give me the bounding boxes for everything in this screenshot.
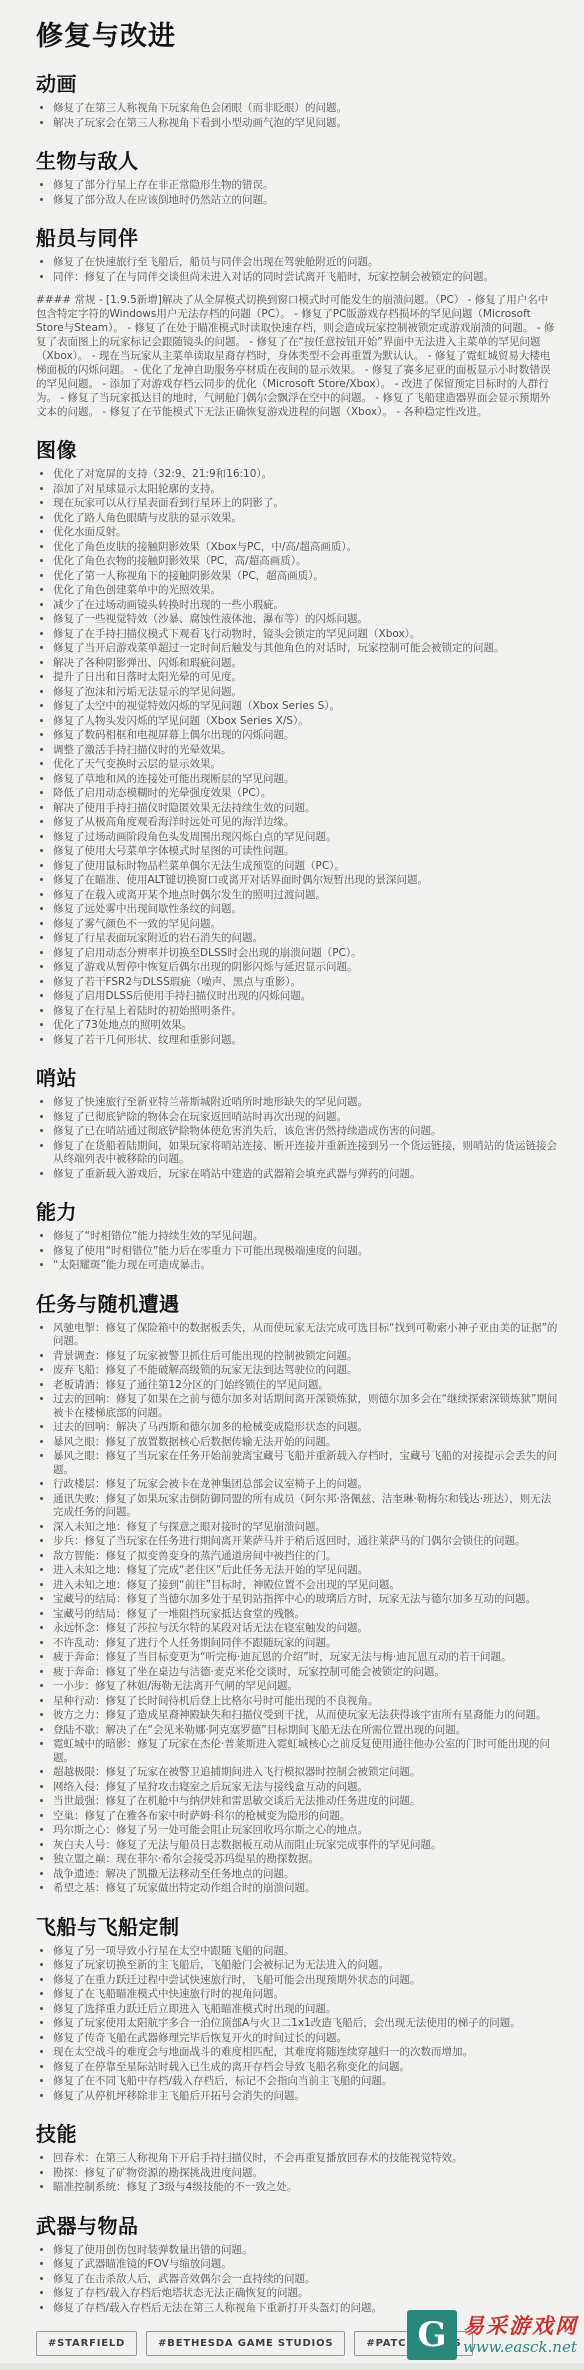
watermark: G 易采游戏网 www.easck.net <box>407 2310 578 2360</box>
bullet-item: 敌方智能：修复了拟变兽变身的蒸汽通道房间中被挡住的门。 <box>53 1550 558 1564</box>
bullet-item: 优化了路人角色眼睛与皮肤的显示效果。 <box>53 512 558 526</box>
bullet-item: 空巢：修复了在雅各布家中时萨姆·科尔的枪械变为隐形的问题。 <box>53 1810 558 1824</box>
bullet-item: 优化了天气变换时云层的显示效果。 <box>53 758 558 772</box>
bullet-item: 修复了重新载入游戏后，玩家在哨站中建造的武器箱会填充武器与弹药的问题。 <box>53 1168 558 1182</box>
hashtag-button[interactable]: #BETHESDA GAME STUDIOS <box>146 2331 345 2356</box>
watermark-logo-icon: G <box>407 2310 457 2360</box>
bullet-item: 独立盟之巅：现在菲尔·希尔会接受苏玛缇星的勘探数据。 <box>53 1853 558 1867</box>
bullet-list-crew-companions: 修复了在快速旅行至飞船后，船员与同伴会出现在驾驶舱附近的问题。同伴：修复了在与同… <box>36 256 558 284</box>
bullet-list-weapons-items: 修复了使用创伤包时装弹数量出错的问题。修复了武器瞄准镜的FOV与缩放问题。修复了… <box>36 2244 558 2316</box>
bullet-item: 修复了数码相框和电视屏幕上偶尔出现的闪烁问题。 <box>53 729 558 743</box>
section-title-graphics: 图像 <box>36 434 558 463</box>
section-title-quests-encounters: 任务与随机遭遇 <box>36 1288 558 1317</box>
bullet-item: 风驰电掣：修复了保险箱中的数据板丢失，从而使玩家无法完成可选目标“找到可勒索小神… <box>53 1322 558 1349</box>
bullet-item: 勘探：修复了矿物资源的勘探挑战进度问题。 <box>53 2167 558 2181</box>
bullet-item: 修复了在瞄准、使用ALT键切换窗口或离开对话界面时偶尔短暂出现的景深问题。 <box>53 874 558 888</box>
bottom-strip <box>0 2363 584 2370</box>
bullet-item: 修复了在载入或离开某个地点时偶尔发生的照明过渡问题。 <box>53 889 558 903</box>
bullet-item: 彼方之力：修复了造成星裔神殿缺失和扫描仪受到干扰，从而使玩家无法获得该宇宙所有星… <box>53 1709 558 1723</box>
bullet-item: 宝藏号的结局：修复了当德尔加多处于星钥站指挥中心的玻璃后方时，玩家无法与德尔加多… <box>53 1593 558 1607</box>
bullet-item: 现在太空战斗的难度会与地面战斗的难度相匹配，其难度将随连续穿越归一的次数而增加。 <box>53 2046 558 2060</box>
watermark-text: 易采游戏网 www.easck.net <box>463 2314 578 2356</box>
bullet-item: 步兵：修复了当玩家在任务进行期间离开莱萨马并于稍后返回时，通往莱萨马的门偶尔会锁… <box>53 1535 558 1549</box>
bullet-item: 修复了已彻底铲除的物体会在玩家返回哨站时再次出现的问题。 <box>53 1111 558 1125</box>
bullet-item: 现在玩家可以从行星表面看到行星环上的阴影了。 <box>53 497 558 511</box>
section-title-animation: 动画 <box>36 68 558 97</box>
section-title-weapons-items: 武器与物品 <box>36 2210 558 2239</box>
bullet-item: 深入未知之地：修复了与探意之眼对接时的罕见崩溃问题。 <box>53 1521 558 1535</box>
bullet-list-outposts: 修复了快速旅行至新亚特兰蒂斯城附近哨所时地形缺失的罕见问题。修复了已彻底铲除的物… <box>36 1096 558 1181</box>
bullet-item: 解决了使用手持扫描仪时隐匿效果无法持续生效的问题。 <box>53 802 558 816</box>
bullet-item: 修复了传奇飞船在武器修理完毕后恢复开火的时间过长的问题。 <box>53 2032 558 2046</box>
bullet-item: 修复了部分敌人在应该倒地时仍然站立的问题。 <box>53 194 558 208</box>
bullet-list-ships-customization: 修复了另一项导致小行星在太空中跟随飞船的问题。修复了玩家切换至新的主飞船后，飞船… <box>36 1945 558 2104</box>
bullet-item: 修复了在飞船瞄准模式中快速旅行时的视角问题。 <box>53 1988 558 2002</box>
section-title-powers: 能力 <box>36 1196 558 1225</box>
bullet-item: 修复了已在哨站通过彻底铲除物体使危害消失后，该危害仍然持续造成伤害的问题。 <box>53 1125 558 1139</box>
bullet-item: 当世最强：修复了在机舱中与纳伊娃和雷思敏交谈后无法推动任务进度的问题。 <box>53 1795 558 1809</box>
bullet-item: 修复了在停靠至星际站时载入已生成的离开存档会导致飞船名称变化的问题。 <box>53 2061 558 2075</box>
bullet-item: 老板请酒：修复了通往第12分区的门始终锁住的罕见问题。 <box>53 1379 558 1393</box>
bullet-item: 疲于奔命：修复了坐在桌边与洁德·麦克米伦交谈时，玩家控制可能会被锁定的问题。 <box>53 1666 558 1680</box>
bullet-item: 修复了游戏从暂停中恢复后偶尔出现的阴影闪烁与延迟显示问题。 <box>53 961 558 975</box>
bullet-item: “太阳耀斑”能力现在可造成暴击。 <box>53 1259 558 1273</box>
bullet-item: 修复了在第三人称视角下玩家角色会闭眼（而非眨眼）的问题。 <box>53 102 558 116</box>
bullet-item: 修复了使用创伤包时装弹数量出错的问题。 <box>53 2244 558 2258</box>
section-title-ships-customization: 飞船与飞船定制 <box>36 1911 558 1940</box>
bullet-item: 通讯失败：修复了如果玩家击倒防御同盟的所有成员（阿尔邦·洛佩兹、洁奎琳·勒梅尔和… <box>53 1493 558 1520</box>
bullet-item: 修复了人物头发闪烁的罕见问题（Xbox Series X/S）。 <box>53 715 558 729</box>
bullet-item: 降低了启用动态模糊时的光晕强度效果（PC）。 <box>53 787 558 801</box>
bullet-list-creatures-enemies: 修复了部分行星上存在非正常隐形生物的错误。修复了部分敌人在应该倒地时仍然站立的问… <box>36 179 558 207</box>
bullet-item: 修复了启用DLSS后使用手持扫描仪时出现的闪烁问题。 <box>53 990 558 1004</box>
bullet-item: 修复了雾气颜色不一致的罕见问题。 <box>53 918 558 932</box>
bullet-item: 永远怀念：修复了莎拉与沃尔特的某段对话无法在寝室触发的问题。 <box>53 1622 558 1636</box>
watermark-site-name: 易采游戏网 <box>463 2314 578 2337</box>
bullet-item: 星种行动：修复了长时间待机后登上比格尔号时可能出现的不良视角。 <box>53 1695 558 1709</box>
bullet-item: 优化了73处地点的照明效果。 <box>53 1019 558 1033</box>
bullet-item: 修复了快速旅行至新亚特兰蒂斯城附近哨所时地形缺失的罕见问题。 <box>53 1096 558 1110</box>
bullet-list-animation: 修复了在第三人称视角下玩家角色会闭眼（而非眨眼）的问题。解决了玩家会在第三人称视… <box>36 102 558 130</box>
bullet-item: 修复了泡沫和污垢无法显示的罕见问题。 <box>53 686 558 700</box>
bullet-item: 修复了在重力跃迁过程中尝试快速旅行时，飞船可能会出现预期外状态的问题。 <box>53 1974 558 1988</box>
bullet-item: 优化了第一人称视角下的接触阴影效果（PC，超高画质）。 <box>53 570 558 584</box>
bullet-item: 修复了若干FSR2与DLSS瑕疵（噪声、黑点与重影）。 <box>53 976 558 990</box>
bullet-item: 解决了玩家会在第三人称视角下看到小型动画气泡的罕见问题。 <box>53 117 558 131</box>
bullet-item: 调整了激活手持扫描仪时的光晕效果。 <box>53 744 558 758</box>
section-title-crew-companions: 船员与同伴 <box>36 222 558 251</box>
section-title-creatures-enemies: 生物与敌人 <box>36 145 558 174</box>
bullet-item: 登陆不歇：解决了在“会见米勒娜·阿克塞罗德”目标期间飞船无法在所需位置出现的问题… <box>53 1724 558 1738</box>
bullet-item: 修复了使用“时相错位”能力后在零重力下可能出现极端速度的问题。 <box>53 1245 558 1259</box>
bullet-item: 一小步：修复了林妲/海勒无法离开气闸的罕见问题。 <box>53 1680 558 1694</box>
bullet-item: 进入未知之地：修复了接到“前往”目标时，神殿位置不会出现的罕见问题。 <box>53 1579 558 1593</box>
bullet-item: 提升了日出和日落时太阳光晕的可见度。 <box>53 671 558 685</box>
bullet-list-quests-encounters: 风驰电掣：修复了保险箱中的数据板丢失，从而使玩家无法完成可选目标“找到可勒索小神… <box>36 1322 558 1896</box>
bullet-item: 瞄准控制系统：修复了3级与4级技能的不一致之处。 <box>53 2181 558 2195</box>
bullet-item: 暴风之眼：修复了放置数据核心后数据传输无法开始的问题。 <box>53 1436 558 1450</box>
bullet-item: 修复了存档/载入存档后炮塔状态无法正确恢复的问题。 <box>53 2287 558 2301</box>
bullet-item: 宝藏号的结局：修复了一堆阻挡玩家抵达食堂的残骸。 <box>53 1608 558 1622</box>
bullet-item: 修复了从极高角度观看海洋时远处可见的海洋边缘。 <box>53 816 558 830</box>
bullet-item: 进入未知之地：修复了完成“老住区”后此任务无法开始的罕见问题。 <box>53 1564 558 1578</box>
bullet-item: 修复了行星表面玩家附近的岩石消失的问题。 <box>53 932 558 946</box>
bullet-item: 优化水面反射。 <box>53 526 558 540</box>
bullet-item: 修复了一些视觉特效（沙暴、腐蚀性液体池、瀑布等）的闪烁问题。 <box>53 613 558 627</box>
bullet-item: 修复了太空中的视觉特效闪烁的罕见问题（Xbox Series S）。 <box>53 700 558 714</box>
bullet-list-powers: 修复了“时相错位”能力持续生效的罕见问题。修复了使用“时相错位”能力后在零重力下… <box>36 1230 558 1273</box>
bullet-item: 行政楼层：修复了玩家会被卡在龙神集团总部会议室椅子上的问题。 <box>53 1478 558 1492</box>
bullet-item: 修复了在快速旅行至飞船后，船员与同伴会出现在驾驶舱附近的问题。 <box>53 256 558 270</box>
bullet-item: 修复了过场动画阶段角色头发周围出现闪烁白点的罕见问题。 <box>53 831 558 845</box>
bullet-item: 修复了武器瞄准镜的FOV与缩放问题。 <box>53 2258 558 2272</box>
bullet-item: 希望之基：修复了玩家做出特定动作组合时的崩溃问题。 <box>53 1882 558 1896</box>
bullet-item: 修复了选择重力跃迁后立即进入飞船瞄准模式时出现的问题。 <box>53 2003 558 2017</box>
bullet-item: 过去的回响：解决了马西斯和德尔加多的枪械变成隐形状态的问题。 <box>53 1421 558 1435</box>
bullet-item: 修复了若干几何形状、纹理和重影问题。 <box>53 1034 558 1048</box>
section-title-outposts: 哨站 <box>36 1062 558 1091</box>
bullet-item: 修复了当开启游戏菜单超过一定时间后触发与其他角色的对话时，玩家控制可能会被锁定的… <box>53 642 558 656</box>
bullet-item: 优化了角色创建菜单中的光照效果。 <box>53 584 558 598</box>
bullet-item: 霓虹城中的暗影：修复了玩家在杰伦·普莱斯进入霓虹城核心之前反复使用通往他办公室的… <box>53 1738 558 1765</box>
bullet-item: 减少了在过场动画镜头转换时出现的一些小瑕疵。 <box>53 599 558 613</box>
bullet-item: 修复了从停机坪移除非主飞船后开拓号会消失的问题。 <box>53 2090 558 2104</box>
sections-container: 动画修复了在第三人称视角下玩家角色会闭眼（而非眨眼）的问题。解决了玩家会在第三人… <box>36 68 558 2315</box>
article-content: 修复与改进 动画修复了在第三人称视角下玩家角色会闭眼（而非眨眼）的问题。解决了玩… <box>0 0 584 2315</box>
bullet-item: 过去的回响：修复了如果在之前与德尔加多对话期间离开深锁炼狱，则德尔加多会在“继续… <box>53 1393 558 1420</box>
bullet-item: 修复了在击杀敌人后，武器音效偶尔会一直持续的问题。 <box>53 2273 558 2287</box>
general-notes-paragraph: #### 常规 - [1.9.5新增]解决了从全屏模式切换到窗口模式时可能发生的… <box>36 293 558 419</box>
bullet-item: 废弃飞船：修复了不能破解高级锁的玩家无法到达驾驶位的问题。 <box>53 1364 558 1378</box>
bullet-item: 网络入侵：修复了星狩攻击寝室之后玩家无法与接线盒互动的问题。 <box>53 1781 558 1795</box>
bullet-item: 修复了在行星上着陆时的初始照明条件。 <box>53 1005 558 1019</box>
bullet-item: 优化了对宽屏的支持（32:9、21:9和16:10）。 <box>53 468 558 482</box>
watermark-site-url: www.easck.net <box>463 2339 578 2356</box>
bullet-item: 修复了玩家使用太阳航宇多合一泊位顶部A与火卫二1x1改造飞船后，会出现无法使用的… <box>53 2017 558 2031</box>
bullet-item: 不许乱动：修复了进行个人任务期间同伴不跟随玩家的问题。 <box>53 1637 558 1651</box>
bullet-item: 修复了启用动态分辨率并切换至DLSS时会出现的崩溃问题（PC）。 <box>53 947 558 961</box>
bullet-item: 添加了对星球显示太阳轮廓的支持。 <box>53 483 558 497</box>
bullet-item: 优化了角色皮肤的接触阴影效果（Xbox与PC，中/高/超高画质）。 <box>53 541 558 555</box>
bullet-item: 战争遗迹：解决了凯撒无法移动至任务地点的问题。 <box>53 1868 558 1882</box>
bullet-item: 修复了玩家切换至新的主飞船后，飞船舱门会被标记为无法进入的问题。 <box>53 1959 558 1973</box>
page-title: 修复与改进 <box>36 14 558 53</box>
bullet-item: 优化了角色衣物的接触阴影效果（PC，高/超高画质）。 <box>53 555 558 569</box>
bullet-item: 修复了使用大号菜单字体模式时星图的可读性问题。 <box>53 845 558 859</box>
bullet-item: 修复了另一项导致小行星在太空中跟随飞船的问题。 <box>53 1945 558 1959</box>
bullet-item: 修复了“时相错位”能力持续生效的罕见问题。 <box>53 1230 558 1244</box>
bullet-item: 修复了使用鼠标时物品栏菜单偶尔无法生成预览的问题（PC）。 <box>53 860 558 874</box>
bullet-item: 同伴：修复了在与同伴交谈但尚未进入对话的同时尝试离开飞船时，玩家控制会被锁定的问… <box>53 271 558 285</box>
bullet-item: 灰白夫人号：修复了无法与船员日志数据板互动从而阻止玩家完成事件的罕见问题。 <box>53 1839 558 1853</box>
bullet-item: 超越极限：修复了玩家在被警卫追捕期间进入飞行模拟器时控制会被锁定问题。 <box>53 1766 558 1780</box>
bullet-item: 修复了在货船着陆期间，如果玩家将哨站连接、断开连接并重新连接到另一个货运链接，则… <box>53 1140 558 1167</box>
bullet-item: 修复了部分行星上存在非正常隐形生物的错误。 <box>53 179 558 193</box>
bullet-item: 修复了在手持扫描仪模式下观看飞行动物时，镜头会锁定的罕见问题（Xbox）。 <box>53 628 558 642</box>
bullet-item: 疲于奔命：修复了当目标变更为“听完梅·迪瓦恩的介绍”时，玩家无法与梅·迪瓦恩互动… <box>53 1651 558 1665</box>
bullet-item: 修复了草地和风的连接处可能出现断层的罕见问题。 <box>53 773 558 787</box>
bullet-item: 修复了在不同飞船中存档/载入存档后，标记不会指向当前主飞船的问题。 <box>53 2075 558 2089</box>
bullet-item: 背景调查：修复了玩家被警卫抓住后可能出现的控制被锁定问题。 <box>53 1350 558 1364</box>
section-title-skills: 技能 <box>36 2118 558 2147</box>
hashtag-button[interactable]: #STARFIELD <box>36 2331 137 2356</box>
bullet-item: 修复了远处雾中出现间歇性条纹的问题。 <box>53 903 558 917</box>
bullet-item: 暴风之眼：修复了当玩家在任务开始前驶离宝藏号飞船并重新载入存档时，宝藏号飞船的对… <box>53 1450 558 1477</box>
bullet-item: 回春术：在第三人称视角下开启手持扫描仪时，不会再重复播放回春术的技能视觉特效。 <box>53 2152 558 2166</box>
bullet-item: 玛尔斯之心：修复了另一处可能会阻止玩家回收玛尔斯之心的地点。 <box>53 1824 558 1838</box>
bullet-list-skills: 回春术：在第三人称视角下开启手持扫描仪时，不会再重复播放回春术的技能视觉特效。勘… <box>36 2152 558 2195</box>
bullet-list-graphics: 优化了对宽屏的支持（32:9、21:9和16:10）。添加了对星球显示太阳轮廓的… <box>36 468 558 1047</box>
bullet-item: 解决了各种阴影弹出、闪烁和瑕疵问题。 <box>53 657 558 671</box>
